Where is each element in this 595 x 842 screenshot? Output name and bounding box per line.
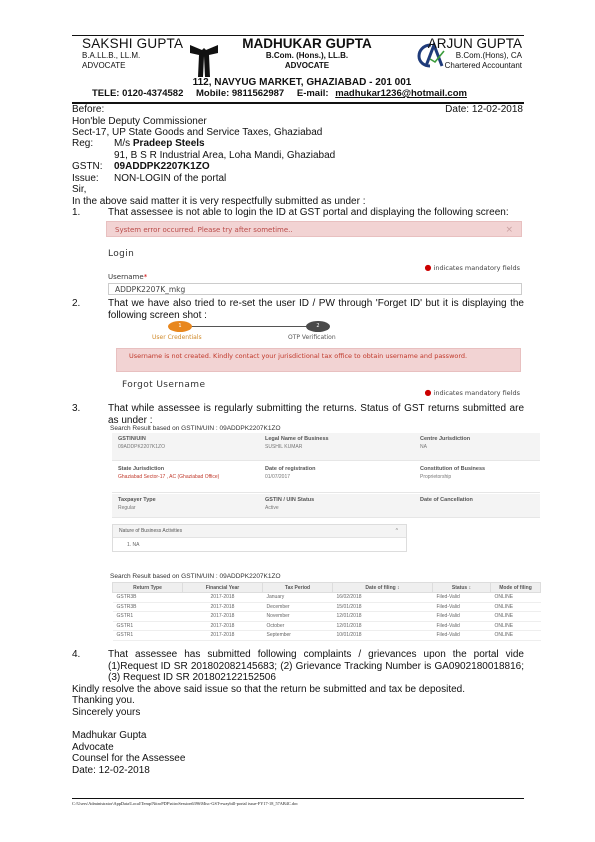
mandatory-text: indicates mandatory fields [434, 389, 520, 397]
step-1-label: User Credentials [152, 334, 202, 341]
gstn-value: 09ADDPK2207K1ZO [114, 161, 210, 173]
search-field-label: State Jurisdiction [118, 466, 164, 472]
mobile: Mobile: 9811562987 [196, 88, 284, 99]
column-header: Financial Year [183, 583, 263, 593]
letterhead: SAKSHI GUPTA B.A.LL.B., LL.M. ADVOCATE M… [72, 36, 522, 102]
table-cell: ONLINE [491, 602, 541, 612]
search-field-label: Date of registration [265, 466, 315, 472]
gstn-label: GSTN: [72, 161, 103, 173]
forgot-error-alert: Username is not created. Kindly contact … [116, 348, 521, 372]
right-partner-name: ARJUN GUPTA [428, 36, 522, 51]
letter-date: Date: 12-02-2018 [445, 104, 523, 116]
login-title: Login [108, 249, 134, 259]
table-cell: December [263, 602, 333, 612]
signatory-role: Counsel for the Assessee [72, 753, 185, 765]
table-row: GSTR12017-2018November12/01/2018Filed-Va… [113, 612, 541, 622]
issue-label: Issue: [72, 173, 99, 185]
issue-value: NON-LOGIN of the portal [114, 173, 226, 185]
table-cell: September [263, 631, 333, 641]
point-4-number: 4. [72, 649, 80, 661]
point-4-line-1: That assessee has submitted following co… [108, 649, 524, 661]
table-cell: GSTR3B [113, 602, 183, 612]
signatory-name: Madhukar Gupta [72, 730, 147, 742]
returns-table-header: Return TypeFinancial YearTax PeriodDate … [113, 583, 541, 593]
point-2-number: 2. [72, 298, 80, 310]
left-partner-title: ADVOCATE [82, 61, 183, 71]
table-row: GSTR3B2017-2018January16/02/2018Filed-Va… [113, 593, 541, 603]
step-2-label: OTP Verification [288, 334, 336, 341]
forgot-mandatory-note: ● indicates mandatory fields [424, 388, 520, 397]
closing-request: Kindly resolve the above said issue so t… [72, 684, 465, 696]
table-cell: GSTR1 [113, 612, 183, 622]
nature-of-business-title: Nature of Business Activities [119, 528, 182, 534]
search-field-label: Date of Cancellation [420, 497, 473, 503]
table-cell: ONLINE [491, 631, 541, 641]
point-4-line-3: (3) Request ID SR 201802122152506 [108, 672, 524, 684]
table-row: GSTR12017-2018September10/01/2018Filed-V… [113, 631, 541, 641]
step-1-dot: 1 [168, 321, 192, 332]
mandatory-text: indicates mandatory fields [434, 264, 520, 272]
search-field-value: 09ADDPK2207K1ZO [118, 444, 165, 450]
point-3-text: That while assessee is regularly submitt… [108, 403, 524, 426]
required-star-icon: * [144, 273, 148, 281]
search-field-value: Proprietorship [420, 474, 451, 480]
intro: In the above said matter it is very resp… [72, 196, 365, 208]
table-cell: November [263, 612, 333, 622]
table-cell: 12/01/2018 [333, 612, 433, 622]
table-cell: 2017-2018 [183, 593, 263, 603]
table-cell: ONLINE [491, 593, 541, 603]
stepper-line [180, 326, 320, 327]
left-partner-qual: B.A.LL.B., LL.M. [82, 51, 183, 61]
forgot-screenshot: 1 2 User Credentials OTP Verification Us… [118, 320, 524, 394]
point-1-text: That assessee is not able to login the I… [108, 207, 509, 219]
letterhead-contact: TELE: 0120-4374582 Mobile: 9811562987 E-… [82, 88, 522, 99]
table-cell: ONLINE [491, 621, 541, 631]
nature-of-business-header[interactable]: Nature of Business Activities^ [113, 525, 406, 538]
column-header: Mode of filing [491, 583, 541, 593]
reg-address: 91, B S R Industrial Area, Loha Mandi, G… [114, 150, 335, 162]
point-2-text: That we have also tried to re-set the us… [108, 298, 524, 321]
search-field-label: Taxpayer Type [118, 497, 156, 503]
nature-of-business-value: 1. NA [127, 542, 140, 548]
middle-partner-qual: B.Com. (Hons.), LL.B. [222, 51, 392, 61]
table-cell: 12/01/2018 [333, 621, 433, 631]
table-row: GSTR3B2017-2018December15/01/2018Filed-V… [113, 602, 541, 612]
forgot-title: Forgot Username [122, 380, 205, 390]
column-header[interactable]: Date of filing ↕ [333, 583, 433, 593]
search-field-label: Legal Name of Business [265, 436, 329, 442]
step-2-dot: 2 [306, 321, 330, 332]
search-field-value: Regular [118, 505, 136, 511]
table-cell: 2017-2018 [183, 621, 263, 631]
table-cell: Filed-Valid [433, 602, 491, 612]
table-cell: 2017-2018 [183, 602, 263, 612]
middle-partner-name: MADHUKAR GUPTA [222, 36, 392, 51]
username-label: Username* [108, 273, 147, 281]
closing-thanks: Thanking you. [72, 695, 135, 707]
chevron-up-icon[interactable]: ^ [396, 528, 398, 534]
column-header[interactable]: Status ↕ [433, 583, 491, 593]
left-partner-name: SAKSHI GUPTA [82, 36, 183, 51]
search-result-row-3 [112, 494, 540, 518]
close-icon[interactable]: × [505, 225, 513, 235]
table-cell: Filed-Valid [433, 593, 491, 603]
closing-sincerely: Sincerely yours [72, 707, 140, 719]
search-field-value: Ghaziabad Sector-17 , AC (Ghaziabad Offi… [118, 474, 238, 480]
table-row: GSTR12017-2018October12/01/2018Filed-Val… [113, 621, 541, 631]
email-link[interactable]: madhukar1236@hotmail.com [335, 88, 467, 99]
search-field-label: GSTIN / UIN Status [265, 497, 314, 503]
table-cell: 2017-2018 [183, 612, 263, 622]
email-label: E-mail: [297, 88, 329, 99]
letterhead-middle: MADHUKAR GUPTA B.Com. (Hons.), LL.B. ADV… [222, 36, 392, 71]
column-header: Return Type [113, 583, 183, 593]
advocate-gown-icon [189, 42, 219, 78]
middle-partner-title: ADVOCATE [222, 61, 392, 71]
mandatory-dot-icon: ● [424, 388, 431, 397]
table-cell: GSTR3B [113, 593, 183, 603]
letterhead-right: ARJUN GUPTA B.Com.(Hons), CA Chartered A… [428, 36, 522, 71]
login-error-text: System error occurred. Please try after … [115, 226, 293, 234]
table-cell: ONLINE [491, 612, 541, 622]
point-1-number: 1. [72, 207, 80, 219]
right-partner-qual: B.Com.(Hons), CA [428, 51, 522, 61]
table-cell: Filed-Valid [433, 631, 491, 641]
right-partner-title: Chartered Accountant [428, 61, 522, 71]
search-field-value: 01/07/2017 [265, 474, 290, 480]
reg-prefix: M/s [114, 138, 133, 149]
letterhead-address: 112, NAVYUG MARKET, GHAZIABAD - 201 001 [162, 77, 442, 88]
point-4-text: That assessee has submitted following co… [108, 649, 524, 684]
login-error-alert: System error occurred. Please try after … [106, 221, 522, 237]
point-2-line-1: That we have also tried to re-set the us… [108, 298, 524, 310]
addressee-office: Sect-17, UP State Goods and Service Taxe… [72, 127, 322, 139]
search-field-label: GSTIN/UIN [118, 436, 146, 442]
signatory-designation: Advocate [72, 742, 114, 754]
search-result-caption: Search Result based on GSTIN/UIN : 09ADD… [110, 425, 281, 432]
point-3-line-1: That while assessee is regularly submitt… [108, 403, 524, 415]
returns-table: Return TypeFinancial YearTax PeriodDate … [112, 582, 541, 641]
table-cell: GSTR1 [113, 631, 183, 641]
search-field-value: NA [420, 444, 427, 450]
letterhead-left: SAKSHI GUPTA B.A.LL.B., LL.M. ADVOCATE [82, 36, 183, 71]
footer-rule [72, 798, 524, 799]
table-cell: Filed-Valid [433, 612, 491, 622]
point-4-line-2: (1)Request ID SR 201802082145683; (2) Gr… [108, 661, 524, 673]
signature-date: Date: 12-02-2018 [72, 765, 150, 777]
table-cell: 16/02/2018 [333, 593, 433, 603]
nature-of-business-panel: Nature of Business Activities^ 1. NA [112, 524, 407, 552]
table-cell: Filed-Valid [433, 621, 491, 631]
table-cell: January [263, 593, 333, 603]
search-field-label: Centre Jurisdiction [420, 436, 470, 442]
returns-caption: Search Result based on GSTIN/UIN : 09ADD… [110, 573, 281, 580]
search-field-value: SUSHIL KUMAR [265, 444, 302, 450]
letter-page: SAKSHI GUPTA B.A.LL.B., LL.M. ADVOCATE M… [0, 0, 595, 842]
column-header: Tax Period [263, 583, 333, 593]
telephone: TELE: 0120-4374582 [92, 88, 183, 99]
table-cell: 2017-2018 [183, 631, 263, 641]
point-3-number: 3. [72, 403, 80, 415]
table-cell: October [263, 621, 333, 631]
username-label-text: Username [108, 273, 144, 281]
search-field-label: Constitution of Business [420, 466, 485, 472]
mandatory-note: ● indicates mandatory fields [424, 263, 520, 272]
reg-label: Reg: [72, 138, 93, 150]
mandatory-dot-icon: ● [424, 263, 431, 272]
reg-party: M/s Pradeep Steels [114, 138, 205, 150]
reg-name: Pradeep Steels [133, 138, 205, 149]
table-cell: 10/01/2018 [333, 631, 433, 641]
before-label: Before: [72, 104, 104, 116]
footer-file-path: C:\Users\Administrator\AppData\Local\Tem… [72, 801, 298, 806]
returns-table-body: GSTR3B2017-2018January16/02/2018Filed-Va… [113, 593, 541, 641]
search-field-value: Active [265, 505, 279, 511]
addressee: Hon'ble Deputy Commissioner [72, 116, 207, 128]
salutation: Sir, [72, 184, 86, 196]
login-screenshot: System error occurred. Please try after … [104, 219, 524, 295]
table-cell: 15/01/2018 [333, 602, 433, 612]
username-input[interactable]: ADDPK2207K_mkg [108, 283, 522, 295]
table-cell: GSTR1 [113, 621, 183, 631]
